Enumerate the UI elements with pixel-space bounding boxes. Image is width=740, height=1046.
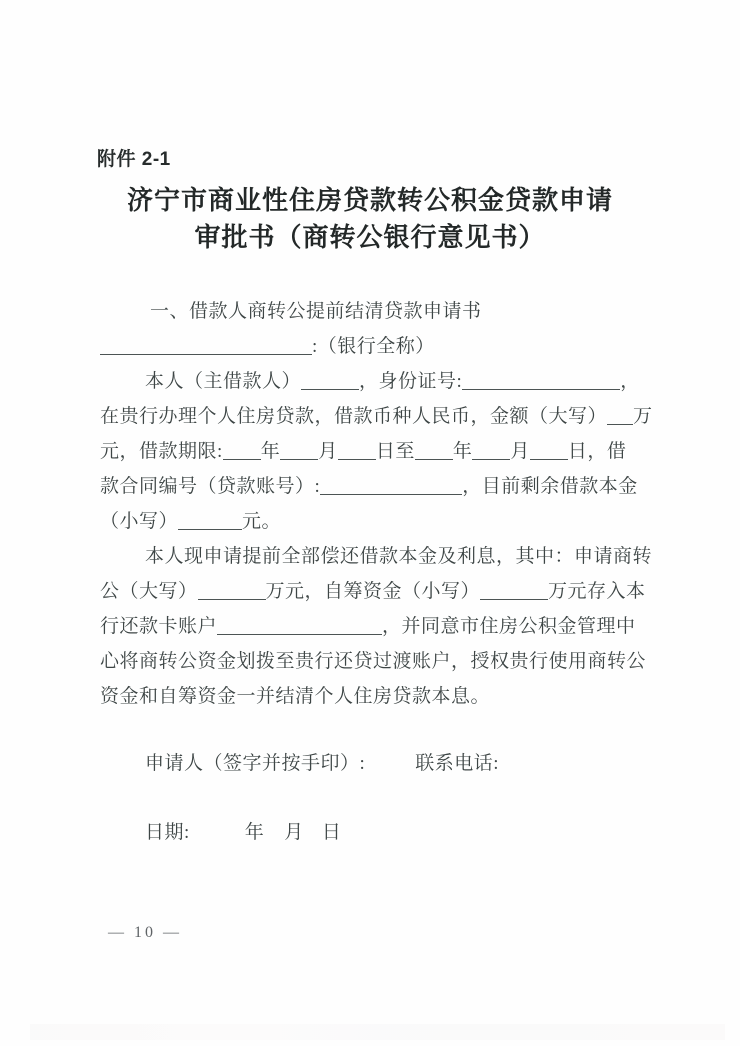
start-day-label: 日至: [376, 441, 415, 462]
start-month-blank: [280, 447, 318, 460]
start-year-label: 年: [261, 441, 281, 462]
start-day-blank: [338, 447, 376, 460]
page-number: — 10 —: [108, 924, 182, 942]
end-year-blank: [415, 447, 453, 460]
paragraph2-line3-end: ，并同意市住房公积金管理中: [382, 616, 636, 637]
loan-amount-text: 在贵行办理个人住房贷款，借款币种人民币，金额（大写）: [100, 406, 607, 427]
scanned-document-page: 附件 2-1 济宁市商业性住房贷款转公积金贷款申请审批书（商转公银行意见书） 一…: [0, 0, 740, 1046]
paragraph2-line1: 本人现申请提前全部偿还借款本金及利息，其中：申请商转: [100, 539, 648, 574]
self-fund-label: 万元，自筹资金（小写）: [266, 581, 481, 602]
loan-amount-unit: 万: [633, 406, 653, 427]
document-title: 济宁市商业性住房贷款转公积金贷款申请审批书（商转公银行意见书）: [50, 182, 690, 256]
borrower-line-end: ，: [620, 371, 640, 392]
transfer-capital-blank: [198, 587, 266, 600]
bank-name-blank: [100, 342, 312, 355]
id-number-blank: [462, 377, 620, 390]
end-day-label: 日，借: [568, 441, 627, 462]
bank-name-suffix: :（银行全称）: [312, 336, 435, 357]
attachment-label: 附件 2-1: [97, 144, 171, 171]
contract-number-line: 款合同编号（贷款账号）:，目前剩余借款本金: [100, 469, 648, 504]
title-line-1: 济宁市商业性住房贷款转公积金贷款申请: [127, 185, 613, 215]
contract-number-label: 款合同编号（贷款账号）:: [100, 476, 320, 497]
section-heading: 一、借款人商转公提前结清贷款申请书: [100, 294, 648, 329]
applicant-signature-label: 申请人（签字并按手印）:: [145, 753, 365, 774]
document-body: 一、借款人商转公提前结清贷款申请书 :（银行全称） 本人（主借款人），身份证号:…: [100, 294, 648, 714]
principal-blank: [178, 517, 242, 530]
paragraph2-line2: 公（大写）万元，自筹资金（小写）万元存入本: [100, 574, 648, 609]
principal-label: （小写）: [100, 511, 178, 532]
id-number-label: ，身份证号:: [359, 371, 462, 392]
end-day-blank: [530, 447, 568, 460]
borrower-line: 本人（主借款人），身份证号:，: [100, 364, 648, 399]
date-day-label: 日: [322, 822, 342, 843]
date-year-label: 年: [245, 822, 265, 843]
end-month-label: 月: [510, 441, 530, 462]
self-fund-blank: [480, 587, 548, 600]
title-line-2: 审批书（商转公银行意见书）: [194, 222, 545, 252]
principal-unit: 元。: [242, 511, 281, 532]
term-label: 元，借款期限:: [100, 441, 223, 462]
scan-artifact: [30, 1024, 725, 1040]
amount-capital-blank: [607, 412, 633, 425]
transfer-capital-label: 公（大写）: [100, 581, 198, 602]
loan-amount-line: 在贵行办理个人住房贷款，借款币种人民币，金额（大写）万: [100, 399, 648, 434]
paragraph2-line2-end: 万元存入本: [548, 581, 646, 602]
repayment-account-label: 行还款卡账户: [100, 616, 217, 637]
loan-term-line: 元，借款期限:年月日至年月日，借: [100, 434, 648, 469]
repayment-account-blank: [217, 622, 382, 635]
borrower-name-blank: [301, 377, 359, 390]
contract-number-blank: [320, 482, 462, 495]
start-year-blank: [223, 447, 261, 460]
borrower-label: 本人（主借款人）: [145, 371, 301, 392]
paragraph2-line3: 行还款卡账户，并同意市住房公积金管理中: [100, 609, 648, 644]
paragraph2-line5: 资金和自筹资金一并结清个人住房贷款本息。: [100, 679, 648, 714]
paragraph2-line4: 心将商转公资金划拨至贵行还贷过渡账户，授权贵行使用商转公: [100, 644, 648, 679]
bank-name-line: :（银行全称）: [100, 329, 648, 364]
start-month-label: 月: [318, 441, 338, 462]
date-row: 日期:年月日: [145, 817, 341, 844]
contact-phone-label: 联系电话:: [415, 753, 499, 774]
date-month-label: 月: [284, 822, 304, 843]
contract-line-end: ，目前剩余借款本金: [462, 476, 638, 497]
date-label: 日期:: [145, 822, 190, 843]
end-month-blank: [472, 447, 510, 460]
signature-row: 申请人（签字并按手印）:联系电话:: [145, 748, 499, 775]
end-year-label: 年: [453, 441, 473, 462]
remaining-principal-line: （小写）元。: [100, 504, 648, 539]
